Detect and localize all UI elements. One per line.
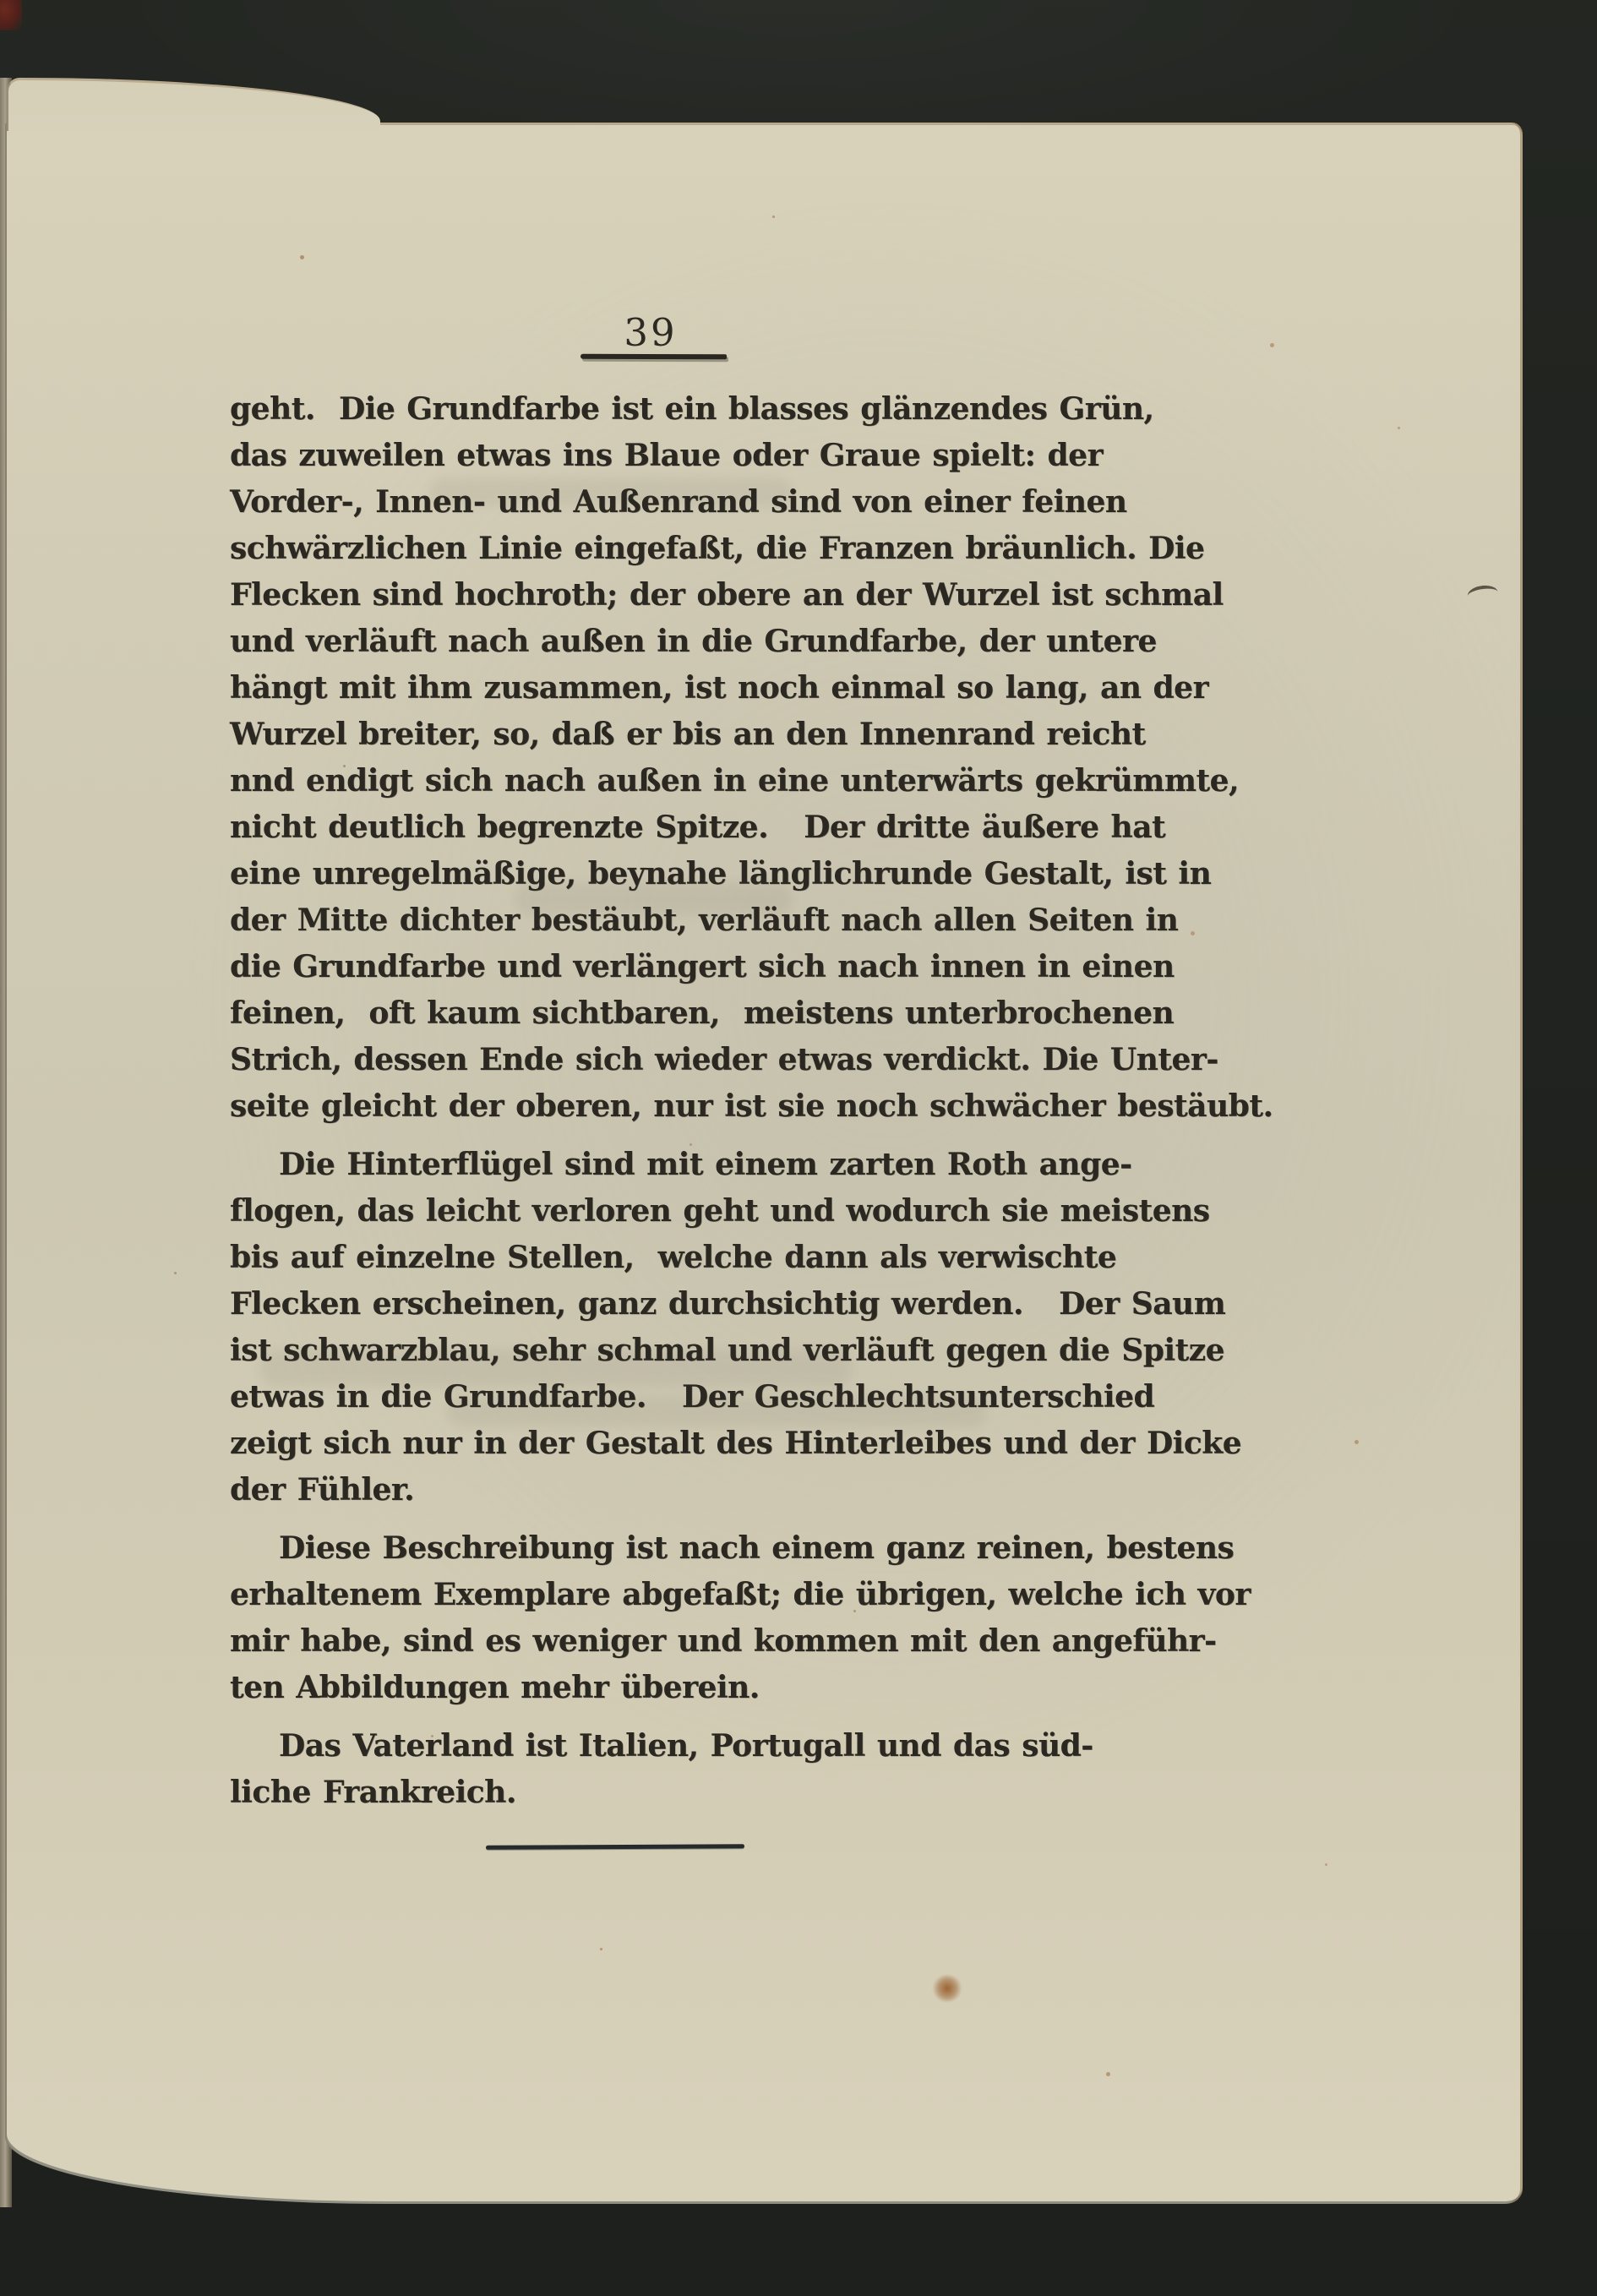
text-line: schwärzlichen Linie eingefaßt, die Franz… [230, 526, 1126, 572]
text-line: hängt mit ihm zusammen, ist noch einmal … [230, 665, 1126, 712]
body-text: geht. Die Grundfarbe ist ein blasses glä… [230, 386, 1126, 1816]
text-line: der Fühler. [230, 1467, 1126, 1513]
text-line: flogen, das leicht verloren geht und wod… [230, 1188, 1126, 1235]
paragraph: Das Vaterland ist Italien, Portugall und… [230, 1723, 1126, 1816]
text-line: das zuweilen etwas ins Blaue oder Graue … [230, 433, 1126, 479]
text-line: geht. Die Grundfarbe ist ein blasses glä… [230, 386, 1126, 433]
paper-fiber-specks [7, 123, 9, 125]
text-line: Vorder-, Innen- und Außenrand sind von e… [230, 479, 1126, 526]
stray-ink-mark [1467, 583, 1500, 605]
red-corner-mark [0, 0, 22, 30]
text-line: der Mitte dichter bestäubt, verläuft nac… [230, 897, 1126, 944]
text-line: bis auf einzelne Stellen, welche dann al… [230, 1235, 1126, 1281]
text-line: Wurzel breiter, so, daß er bis an den In… [230, 712, 1126, 758]
book-page: 39 geht. Die Grundfarbe ist ein blasses … [5, 123, 1523, 2204]
text-line: die Grundfarbe und verlängert sich nach … [230, 944, 1126, 990]
rust-stain [933, 1975, 962, 2002]
text-line: Diese Beschreibung ist nach einem ganz r… [230, 1525, 1126, 1572]
text-line: liche Frankreich. [230, 1770, 1126, 1816]
paragraph: geht. Die Grundfarbe ist ein blasses glä… [230, 386, 1126, 1130]
text-line: mir habe, sind es weniger und kommen mit… [230, 1618, 1126, 1665]
page-number: 39 [600, 310, 701, 355]
text-line: nicht deutlich begrenzte Spitze. Der dri… [230, 804, 1126, 851]
paragraph: Diese Beschreibung ist nach einem ganz r… [230, 1525, 1126, 1711]
text-line: feinen, oft kaum sichtbaren, meistens un… [230, 990, 1126, 1037]
text-line: zeigt sich nur in der Gestalt des Hinter… [230, 1421, 1126, 1467]
text-line: seite gleicht der oberen, nur ist sie no… [230, 1083, 1126, 1130]
section-end-rule [486, 1844, 744, 1850]
text-line: erhaltenem Exemplare abgefaßt; die übrig… [230, 1572, 1126, 1618]
text-line: Flecken sind hochroth; der obere an der … [230, 572, 1126, 619]
text-line: Das Vaterland ist Italien, Portugall und… [230, 1723, 1126, 1770]
text-line: etwas in die Grundfarbe. Der Geschlechts… [230, 1374, 1126, 1421]
text-line: nnd endigt sich nach außen in eine unter… [230, 758, 1126, 804]
paragraph: Die Hinterflügel sind mit einem zarten R… [230, 1142, 1126, 1513]
text-line: ist schwarzblau, sehr schmal und verläuf… [230, 1328, 1126, 1374]
text-line: Die Hinterflügel sind mit einem zarten R… [230, 1142, 1126, 1188]
text-line: Strich, dessen Ende sich wieder etwas ve… [230, 1037, 1126, 1083]
page-number-rule [580, 354, 727, 360]
text-line: Flecken erscheinen, ganz durchsichtig we… [230, 1281, 1126, 1328]
text-line: eine unregelmäßige, beynahe länglichrund… [230, 851, 1126, 897]
page-top-left-curl [7, 78, 380, 131]
text-line: ten Abbildungen mehr überein. [230, 1665, 1126, 1711]
text-line: und verläuft nach außen in die Grundfarb… [230, 619, 1126, 665]
